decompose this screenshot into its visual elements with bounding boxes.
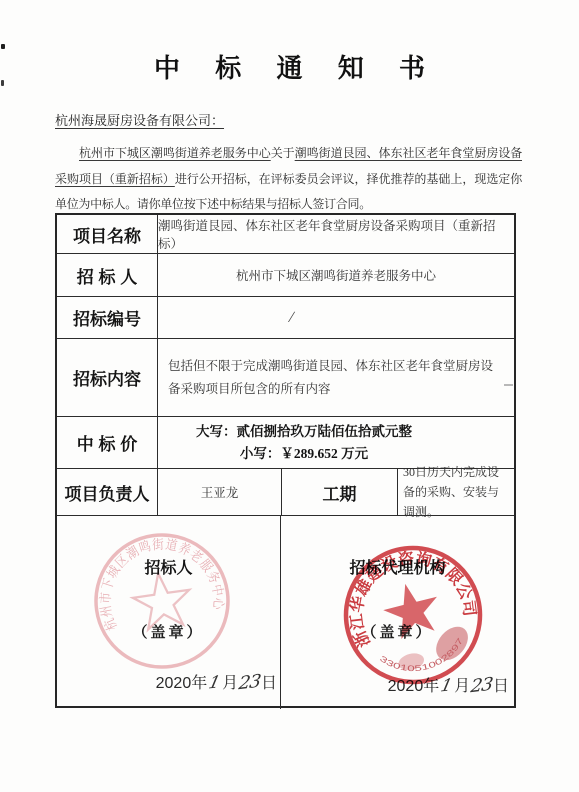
date-month-unit: 月 (222, 675, 238, 692)
body-text: 关于 (271, 146, 295, 160)
date-year: 2020年 (156, 675, 208, 692)
agency-round-seal: 浙江华雄建设咨询有限公司 3301051002897 (338, 540, 488, 690)
tender-scope-value: 包括但不限于完成潮鸣街道艮园、体东社区老年食堂厨房设备采购项目所包含的所有内容 (158, 339, 514, 416)
tenderee-value: 杭州市下城区潮鸣街道养老服务中心 (158, 254, 514, 296)
tenderee-signature-cell: 招标人 （盖章） 杭州市下城区潮鸣街道养老服务中心 (57, 516, 281, 709)
scanned-document-page: 中 标 通 知 书 杭州海晟厨房设备有限公司： 杭州市下城区潮鸣街道养老服务中心… (0, 0, 579, 792)
tenderee-round-seal: 杭州市下城区潮鸣街道养老服务中心 (87, 526, 237, 676)
date-day-unit: 日 (261, 675, 277, 692)
row-label: 项目名称 (57, 215, 158, 253)
recipient-line: 杭州海晟厨房设备有限公司： (55, 110, 224, 129)
row-label: 招标内容 (57, 339, 158, 416)
bid-price-lowercase: 小写：￥289.652 万元 (240, 443, 368, 465)
handwritten-slash: / (288, 308, 294, 326)
table-row-bid-price: 中 标 价 大写：贰佰捌拾玖万陆佰伍拾贰元整 小写：￥289.652 万元 (57, 417, 514, 469)
handwritten-day: 23 (236, 671, 262, 695)
table-row-tender-scope: 招标内容 包括但不限于完成潮鸣街道艮园、体东社区老年食堂厨房设备采购项目所包含的… (57, 339, 514, 417)
tenderee-name-underlined: 杭州市下城区潮鸣街道养老服务中心 (79, 146, 271, 160)
notice-body-paragraph: 杭州市下城区潮鸣街道养老服务中心关于潮鸣街道艮园、体东社区老年食堂厨房设备采购项… (55, 141, 522, 218)
table-row-tender-number: 招标编号 / (57, 297, 514, 339)
duration-label: 工期 (282, 469, 398, 515)
table-row-project-name: 项目名称 潮鸣街道艮园、体东社区老年食堂厨房设备采购项目（重新招标） (57, 215, 514, 254)
agency-signature-cell: 招标代理机构 （盖章） 浙江华雄建设咨询有限公司 (281, 516, 514, 709)
duration-value: 30日历天内完成设备的采购、安装与调测。 (398, 469, 514, 515)
row-label: 招 标 人 (57, 254, 158, 296)
manager-name: 王亚龙 (158, 469, 282, 515)
bid-price-uppercase: 大写：贰佰捌拾玖万陆佰伍拾贰元整 (196, 421, 412, 443)
bid-result-table: 项目名称 潮鸣街道艮园、体东社区老年食堂厨房设备采购项目（重新招标） 招 标 人… (55, 213, 516, 708)
page-title: 中 标 通 知 书 (0, 48, 579, 85)
tender-number-value: / (158, 297, 514, 338)
bid-price-value: 大写：贰佰捌拾玖万陆佰伍拾贰元整 小写：￥289.652 万元 (126, 417, 482, 468)
table-row-signatures: 招标人 （盖章） 杭州市下城区潮鸣街道养老服务中心 (57, 516, 514, 709)
row-label: 项目负责人 (57, 469, 158, 515)
table-row-tenderee: 招 标 人 杭州市下城区潮鸣街道养老服务中心 (57, 254, 514, 297)
recipient-company: 杭州海晟厨房设备有限公司： (55, 113, 224, 128)
project-name-value: 潮鸣街道艮园、体东社区老年食堂厨房设备采购项目（重新招标） (158, 215, 514, 253)
date-day-unit: 日 (493, 678, 509, 695)
table-row-manager-duration: 项目负责人 王亚龙 工期 30日历天内完成设备的采购、安装与调测。 (57, 469, 514, 516)
row-label: 招标编号 (57, 297, 158, 338)
